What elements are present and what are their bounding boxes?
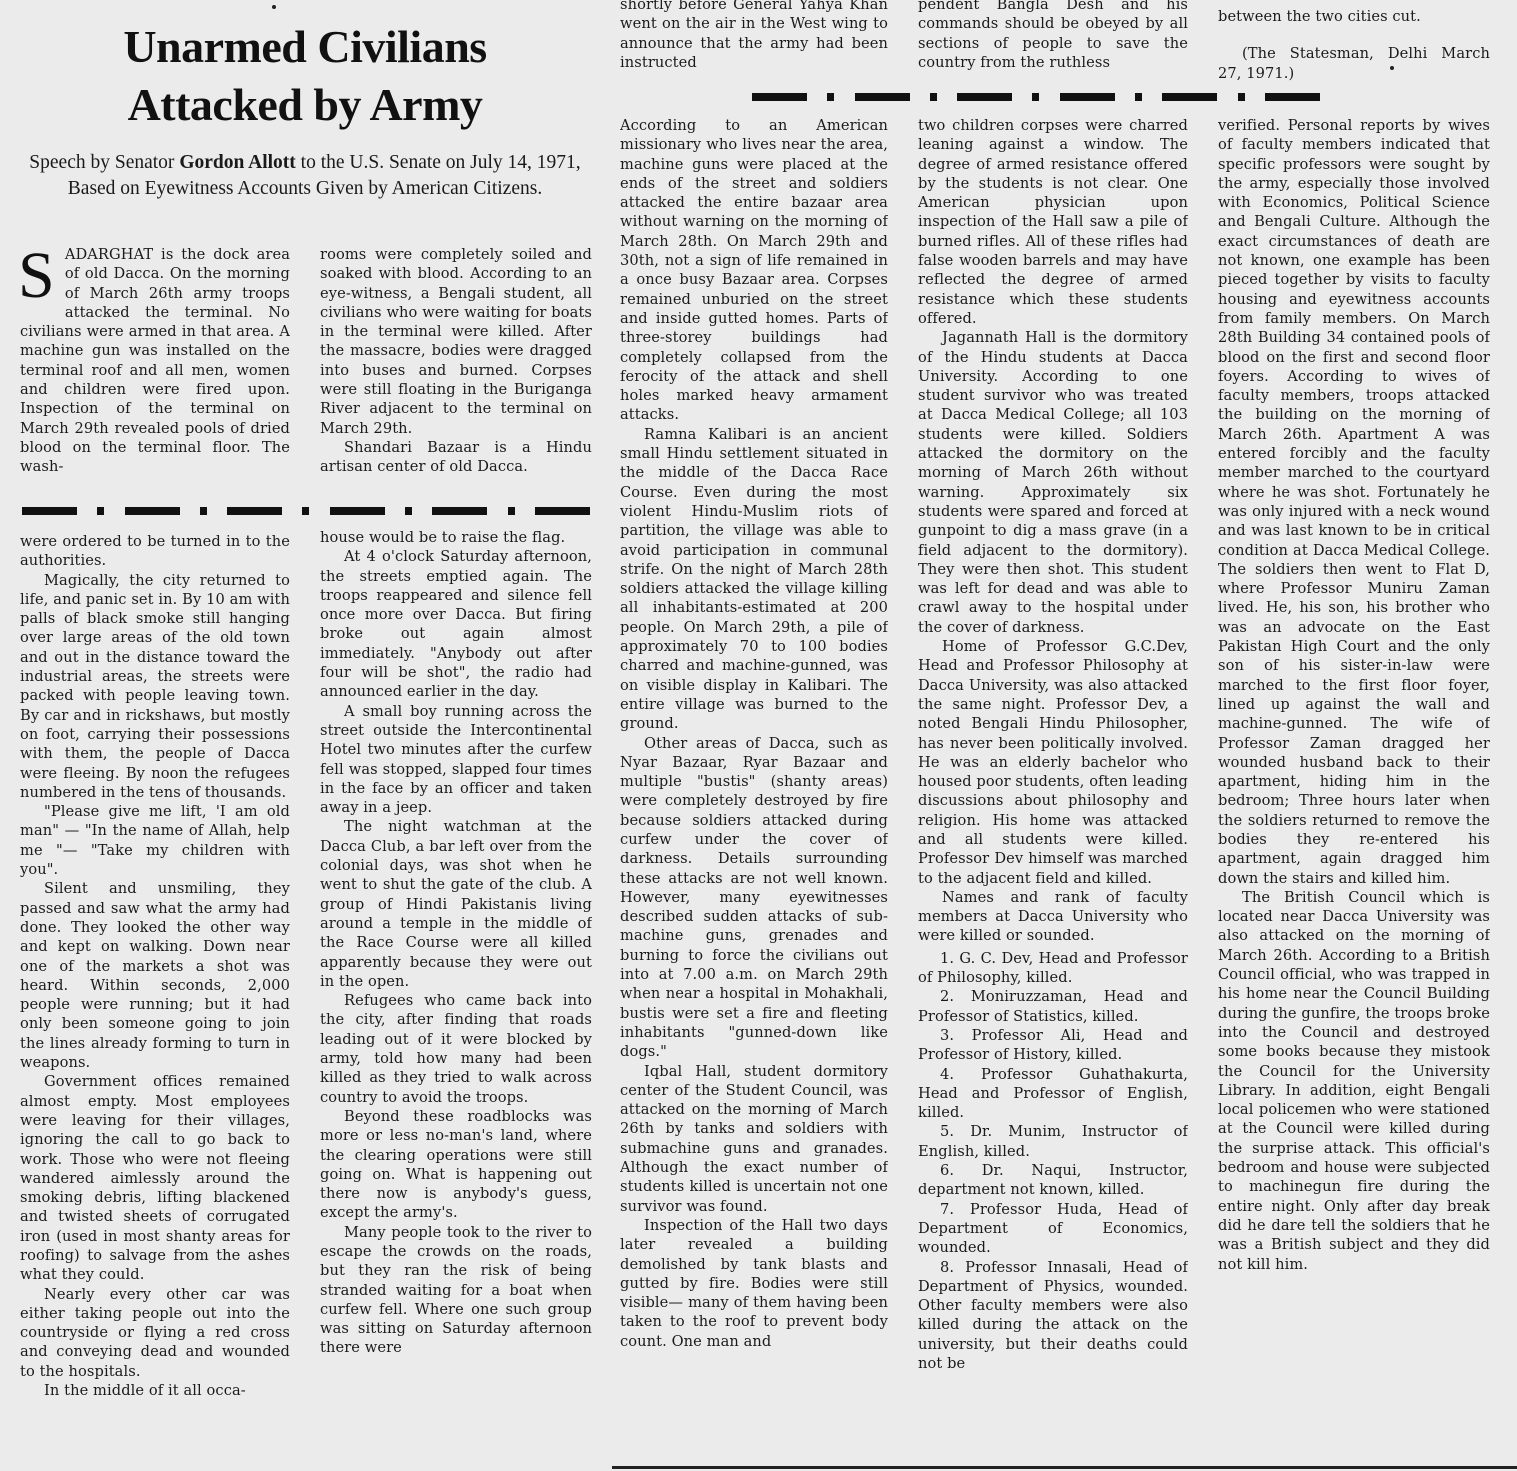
paragraph: Jagannath Hall is the dormitory of the H… (918, 328, 1188, 637)
upper-col-1: SADARGHAT is the dock area of old Dacca.… (20, 245, 290, 497)
continuation-paragraph: between the two cities cut. (1218, 7, 1490, 26)
paragraph: Names and rank of faculty members at Dac… (918, 888, 1188, 946)
article-headline: Unarmed Civilians Attacked by Army (20, 18, 590, 134)
paragraph: were ordered to be turned in to the auth… (20, 532, 290, 571)
paragraph: house would be to raise the flag. (320, 528, 592, 547)
lower-col-5: verified. Personal reports by wives of f… (1218, 116, 1490, 1466)
deck-prefix: Speech by Senator (29, 152, 179, 173)
faculty-list-item: 1. G. C. Dev, Head and Professor of Phil… (918, 949, 1188, 988)
paragraph: Home of Professor G.C.Dev, Head and Prof… (918, 637, 1188, 888)
faculty-list-item: 6. Dr. Naqui, Instructor, department not… (918, 1161, 1188, 1200)
top-continuation-col5: between the two cities cut. (The Statesm… (1218, 7, 1490, 87)
section-divider (752, 93, 1320, 101)
paragraph: Refugees who came back into the city, af… (320, 991, 592, 1107)
paragraph: The night watchman at the Dacca Club, a … (320, 817, 592, 991)
paragraph: rooms were completely soiled and soaked … (320, 245, 592, 438)
print-speck (1390, 66, 1394, 70)
continuation-paragraph: shortly before General Yahya Khan went o… (620, 0, 888, 72)
faculty-list: 1. G. C. Dev, Head and Professor of Phil… (918, 949, 1188, 1374)
paragraph: The British Council which is located nea… (1218, 888, 1490, 1274)
section-divider (22, 507, 590, 515)
lower-col-4: two children corpses were charred leanin… (918, 116, 1188, 1466)
paragraph: In the middle of it all occa- (20, 1381, 290, 1400)
paragraph: Many people took to the river to escape … (320, 1223, 592, 1358)
paragraph: Iqbal Hall, student dormitory center of … (620, 1062, 888, 1216)
paragraph: Silent and unsmiling, they passed and sa… (20, 879, 290, 1072)
headline-line-1: Unarmed Civilians (20, 18, 590, 76)
paragraph: Magically, the city returned to life, an… (20, 571, 290, 803)
paragraph: verified. Personal reports by wives of f… (1218, 116, 1490, 888)
headline-line-2: Attacked by Army (20, 76, 590, 134)
print-speck (272, 5, 276, 9)
lower-col-2: house would be to raise the flag. At 4 o… (320, 528, 592, 1471)
upper-col-2: rooms were completely soiled and soaked … (320, 245, 592, 497)
top-continuation-col3: shortly before General Yahya Khan went o… (620, 0, 888, 75)
paragraph: Nearly every other car was either taking… (20, 1285, 290, 1381)
faculty-list-item: 2. Moniruzzaman, Head and Professor of S… (918, 987, 1188, 1026)
paragraph: Ramna Kalibari is an ancient small Hindu… (620, 425, 888, 734)
article-deck: Speech by Senator Gordon Allott to the U… (22, 150, 588, 202)
paragraph: Other areas of Dacca, such as Nyar Bazaa… (620, 734, 888, 1062)
paragraph: A small boy running across the street ou… (320, 702, 592, 818)
bottom-rule (612, 1466, 1517, 1469)
newspaper-page: Unarmed Civilians Attacked by Army Speec… (0, 0, 1517, 1471)
source-credit: (The Statesman, Delhi March 27, 1971.) (1218, 44, 1490, 83)
paragraph: two children corpses were charred leanin… (918, 116, 1188, 328)
top-continuation-col4: pendent Bangla Desh and his commands sho… (918, 0, 1188, 75)
lower-col-1: were ordered to be turned in to the auth… (20, 532, 290, 1471)
paragraph: "Please give me lift, 'I am old man" — "… (20, 802, 290, 879)
deck-senator-name: Gordon Allott (179, 152, 295, 173)
paragraph: At 4 o'clock Saturday afternoon, the str… (320, 547, 592, 701)
faculty-list-item: 7. Professor Huda, Head of Department of… (918, 1200, 1188, 1258)
lower-col-3: According to an American missionary who … (620, 116, 888, 1466)
faculty-list-item: 3. Professor Ali, Head and Professor of … (918, 1026, 1188, 1065)
drop-cap: S (20, 249, 55, 303)
paragraph: Beyond these roadblocks was more or less… (320, 1107, 592, 1223)
faculty-list-item: 8. Professor Innasali, Head of Departmen… (918, 1258, 1188, 1374)
paragraph: Government offices remained almost empty… (20, 1072, 290, 1284)
paragraph: According to an American missionary who … (620, 116, 888, 425)
paragraph: Shandari Bazaar is a Hindu artisan cente… (320, 438, 592, 477)
paragraph: Inspection of the Hall two days later re… (620, 1216, 888, 1351)
lead-paragraph: SADARGHAT is the dock area of old Dacca.… (20, 245, 290, 477)
continuation-paragraph: pendent Bangla Desh and his commands sho… (918, 0, 1188, 72)
lead-text: ADARGHAT is the dock area of old Dacca. … (20, 246, 290, 475)
faculty-list-item: 4. Professor Guhathakurta, Head and Prof… (918, 1065, 1188, 1123)
faculty-list-item: 5. Dr. Munim, Instructor of English, kil… (918, 1122, 1188, 1161)
